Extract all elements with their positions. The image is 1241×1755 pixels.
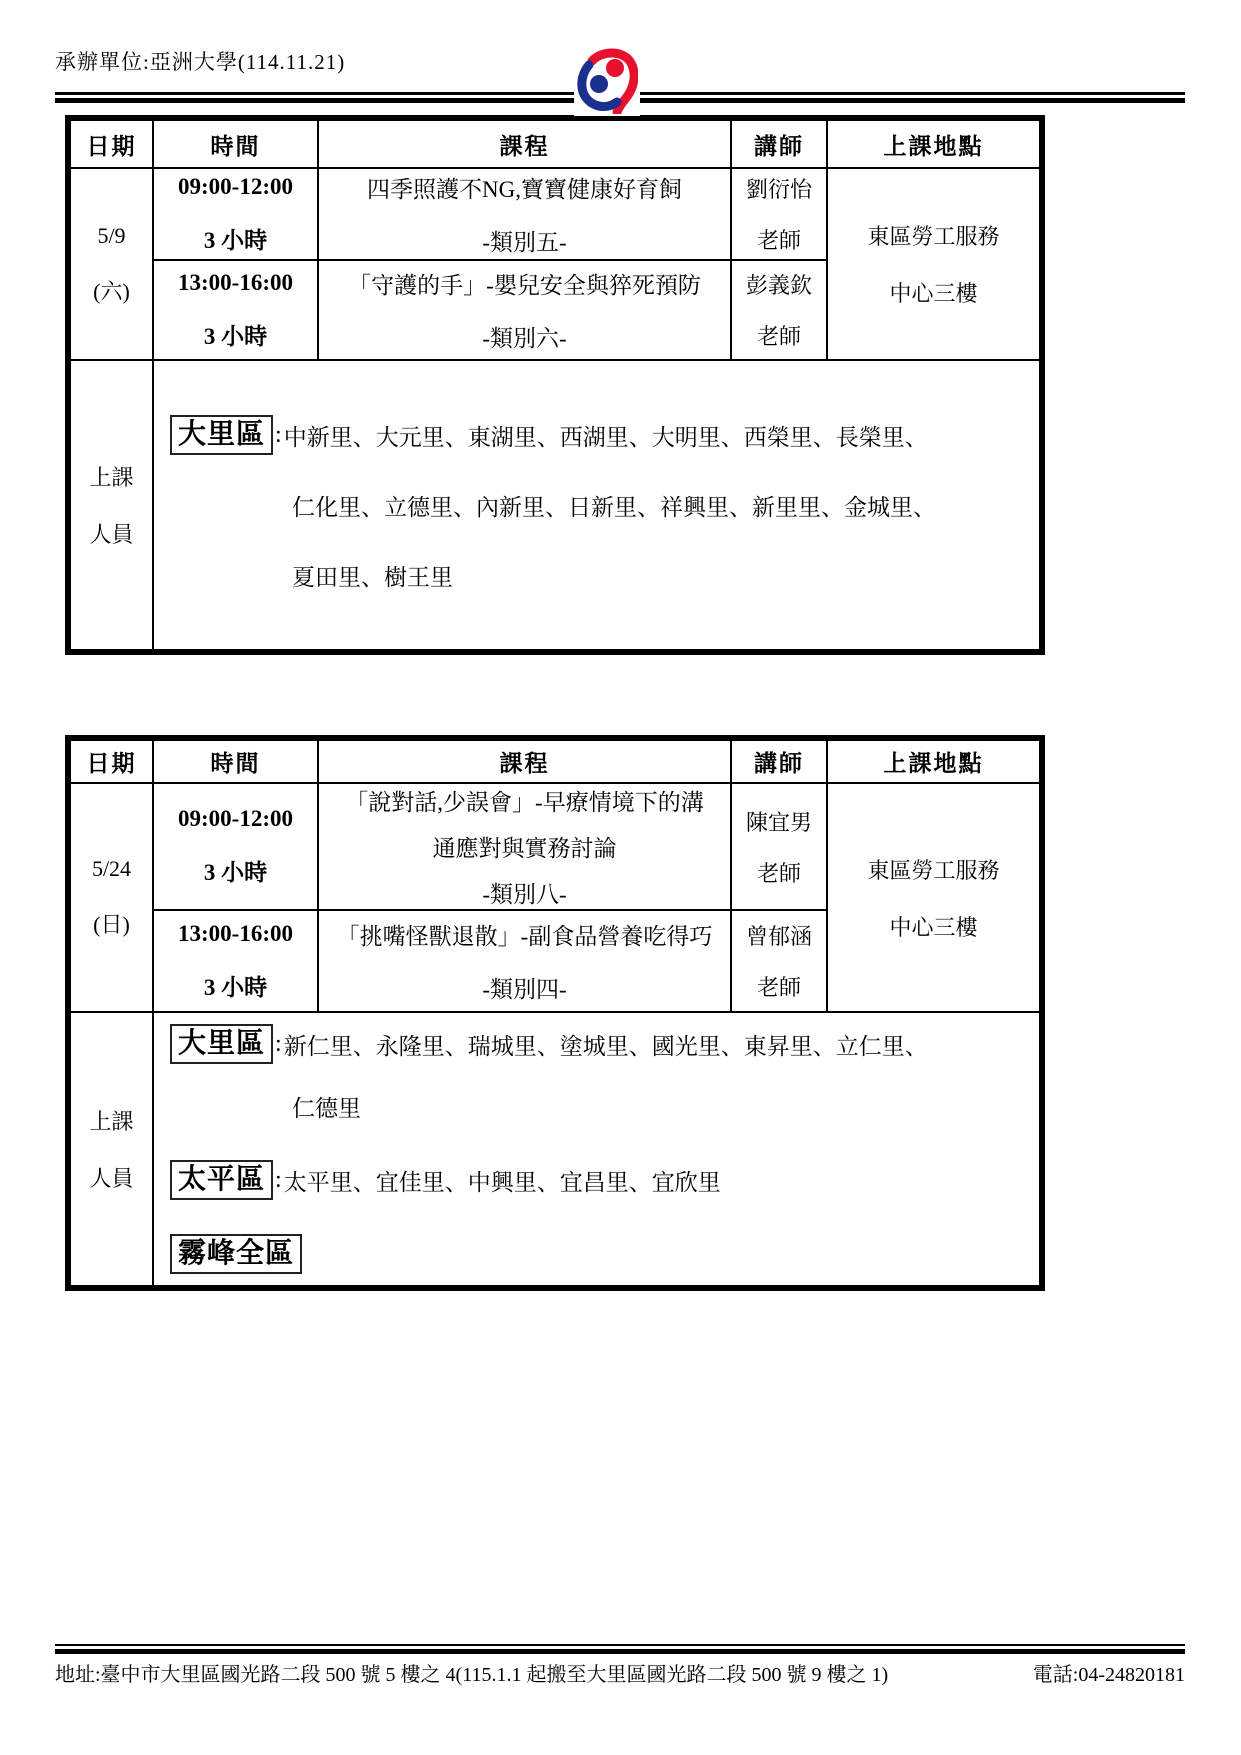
lecturer-cell: 劉衍怡 老師: [731, 168, 827, 260]
lecturer-cell: 彭義欽 老師: [731, 260, 827, 360]
location-cell: 東區勞工服務 中心三樓: [827, 168, 1042, 360]
lecturer-name: 曾郁涵: [746, 920, 812, 951]
footer-phone: 電話:04-24820181: [1033, 1658, 1185, 1687]
lecturer-cell: 曾郁涵 老師: [731, 910, 827, 1012]
district-line: 太平區 : 太平里、宜佳里、中興里、宜昌里、宜欣里: [154, 1149, 1039, 1211]
time-cell: 13:00-16:00 3 小時: [153, 910, 318, 1012]
attendees-label-cell: 上課 人員: [68, 360, 153, 652]
course-cell: 四季照護不NG,寶寶健康好育飼 -類別五-: [318, 168, 731, 260]
location-line1: 東區勞工服務: [867, 854, 999, 885]
course-cell: 「說對話,少誤會」-早療情境下的溝 通應對與實務討論 -類別八-: [318, 783, 731, 910]
weekday-value: (六): [93, 275, 130, 306]
district-colon: :: [275, 1031, 282, 1058]
time-range: 13:00-16:00: [178, 921, 293, 947]
course-title-line1: 「說對話,少誤會」-早療情境下的溝: [345, 784, 703, 817]
time-duration: 3 小時: [204, 854, 267, 887]
lecturer-suffix: 老師: [757, 857, 801, 888]
district-colon: :: [275, 422, 282, 449]
course-title: 「守護的手」-嬰兒安全與猝死預防: [348, 267, 701, 300]
col-header-time: 時間: [153, 118, 318, 168]
time-duration: 3 小時: [204, 318, 267, 351]
location-line2: 中心三樓: [889, 911, 977, 942]
lecturer-suffix: 老師: [757, 971, 801, 1002]
lecturer-suffix: 老師: [757, 320, 801, 351]
attendees-label-line2: 人員: [89, 1162, 133, 1193]
attendees-row: 上課 人員 大里區 : 新仁里、永隆里、瑞城里、塗城里、國光里、東昇里、立仁里、…: [68, 1012, 1042, 1288]
col-header-location: 上課地點: [827, 738, 1042, 783]
footer-address: 地址:臺中市大里區國光路二段 500 號 5 樓之 4(115.1.1 起搬至大…: [55, 1658, 888, 1687]
col-header-course: 課程: [318, 118, 731, 168]
col-header-lecturer: 講師: [731, 118, 827, 168]
col-header-date: 日期: [68, 118, 153, 168]
labor-bureau-logo: [574, 46, 640, 116]
time-cell: 09:00-12:00 3 小時: [153, 783, 318, 910]
lecturer-name: 陳宜男: [746, 806, 812, 837]
course-cell: 「守護的手」-嬰兒安全與猝死預防 -類別六-: [318, 260, 731, 360]
village-list-continued: 仁化里、立德里、內新里、日新里、祥興里、新里里、金城里、: [154, 470, 1039, 540]
table-row: 5/9 (六) 09:00-12:00 3 小時 四季照護不NG,寶寶健康好育飼…: [68, 168, 1042, 260]
weekday-value: (日): [93, 908, 130, 939]
time-range: 13:00-16:00: [178, 270, 293, 296]
lecturer-name: 彭義欽: [746, 269, 812, 300]
village-list: 新仁里、永隆里、瑞城里、塗城里、國光里、東昇里、立仁里、: [284, 1028, 928, 1061]
district-box: 大里區: [170, 1024, 273, 1064]
time-cell: 13:00-16:00 3 小時: [153, 260, 318, 360]
course-category: -類別四-: [482, 971, 566, 1004]
date-value: 5/24: [92, 856, 131, 882]
district-line: 大里區 : 中新里、大元里、東湖里、西湖里、大明里、西榮里、長榮里、: [154, 400, 1039, 470]
location-line2: 中心三樓: [889, 277, 977, 308]
schedule-table-may9: 日期 時間 課程 講師 上課地點 5/9 (六) 09:00-12:00 3 小…: [65, 115, 1045, 655]
attendees-content-cell: 大里區 : 新仁里、永隆里、瑞城里、塗城里、國光里、東昇里、立仁里、 仁德里 太…: [153, 1012, 1042, 1288]
two-figures-logo-icon: [576, 48, 638, 114]
time-range: 09:00-12:00: [178, 174, 293, 200]
schedule-table-may24: 日期 時間 課程 講師 上課地點 5/24 (日) 09:00-12:00 3 …: [65, 735, 1045, 1291]
attendees-label-line1: 上課: [89, 461, 133, 492]
attendees-label-cell: 上課 人員: [68, 1012, 153, 1288]
village-list: 太平里、宜佳里、中興里、宜昌里、宜欣里: [284, 1164, 721, 1197]
date-cell: 5/24 (日): [68, 783, 153, 1012]
course-title: 「挑嘴怪獸退散」-副食品營養吃得巧: [337, 918, 713, 951]
village-list: 中新里、大元里、東湖里、西湖里、大明里、西榮里、長榮里、: [284, 419, 928, 452]
course-title: 四季照護不NG,寶寶健康好育飼: [367, 171, 682, 204]
time-range: 09:00-12:00: [178, 806, 293, 832]
attendees-content-cell: 大里區 : 中新里、大元里、東湖里、西湖里、大明里、西榮里、長榮里、 仁化里、立…: [153, 360, 1042, 652]
table-header-row: 日期 時間 課程 講師 上課地點: [68, 118, 1042, 168]
course-category: -類別八-: [482, 876, 566, 909]
lecturer-cell: 陳宜男 老師: [731, 783, 827, 910]
attendees-label-line1: 上課: [89, 1105, 133, 1136]
col-header-location: 上課地點: [827, 118, 1042, 168]
district-line: 大里區 : 新仁里、永隆里、瑞城里、塗城里、國光里、東昇里、立仁里、: [154, 1013, 1039, 1075]
course-category: -類別五-: [482, 224, 566, 257]
district-colon: :: [275, 1167, 282, 1194]
location-line1: 東區勞工服務: [867, 220, 999, 251]
col-header-time: 時間: [153, 738, 318, 783]
col-header-date: 日期: [68, 738, 153, 783]
footer-rule-thin: [55, 1644, 1185, 1646]
lecturer-name: 劉衍怡: [746, 173, 812, 204]
col-header-lecturer: 講師: [731, 738, 827, 783]
course-cell: 「挑嘴怪獸退散」-副食品營養吃得巧 -類別四-: [318, 910, 731, 1012]
location-cell: 東區勞工服務 中心三樓: [827, 783, 1042, 1012]
course-title-line2: 通應對與實務討論: [433, 830, 617, 863]
attendees-label-line2: 人員: [89, 518, 133, 549]
organizer-title: 承辦單位:亞洲大學(114.11.21): [55, 46, 345, 76]
time-duration: 3 小時: [204, 969, 267, 1002]
lecturer-suffix: 老師: [757, 224, 801, 255]
date-value: 5/9: [97, 223, 125, 249]
attendees-row: 上課 人員 大里區 : 中新里、大元里、東湖里、西湖里、大明里、西榮里、長榮里、…: [68, 360, 1042, 652]
table-header-row: 日期 時間 課程 講師 上課地點: [68, 738, 1042, 783]
district-box: 太平區: [170, 1160, 273, 1200]
district-line: 霧峰全區: [154, 1223, 1039, 1285]
village-list-continued: 仁德里: [154, 1075, 1039, 1137]
village-list-continued: 夏田里、樹王里: [154, 540, 1039, 610]
footer-rule-thick: [55, 1649, 1185, 1654]
table-row: 5/24 (日) 09:00-12:00 3 小時 「說對話,少誤會」-早療情境…: [68, 783, 1042, 910]
time-cell: 09:00-12:00 3 小時: [153, 168, 318, 260]
district-box: 大里區: [170, 415, 273, 455]
time-duration: 3 小時: [204, 222, 267, 255]
course-category: -類別六-: [482, 320, 566, 353]
district-box: 霧峰全區: [170, 1234, 302, 1274]
col-header-course: 課程: [318, 738, 731, 783]
date-cell: 5/9 (六): [68, 168, 153, 360]
